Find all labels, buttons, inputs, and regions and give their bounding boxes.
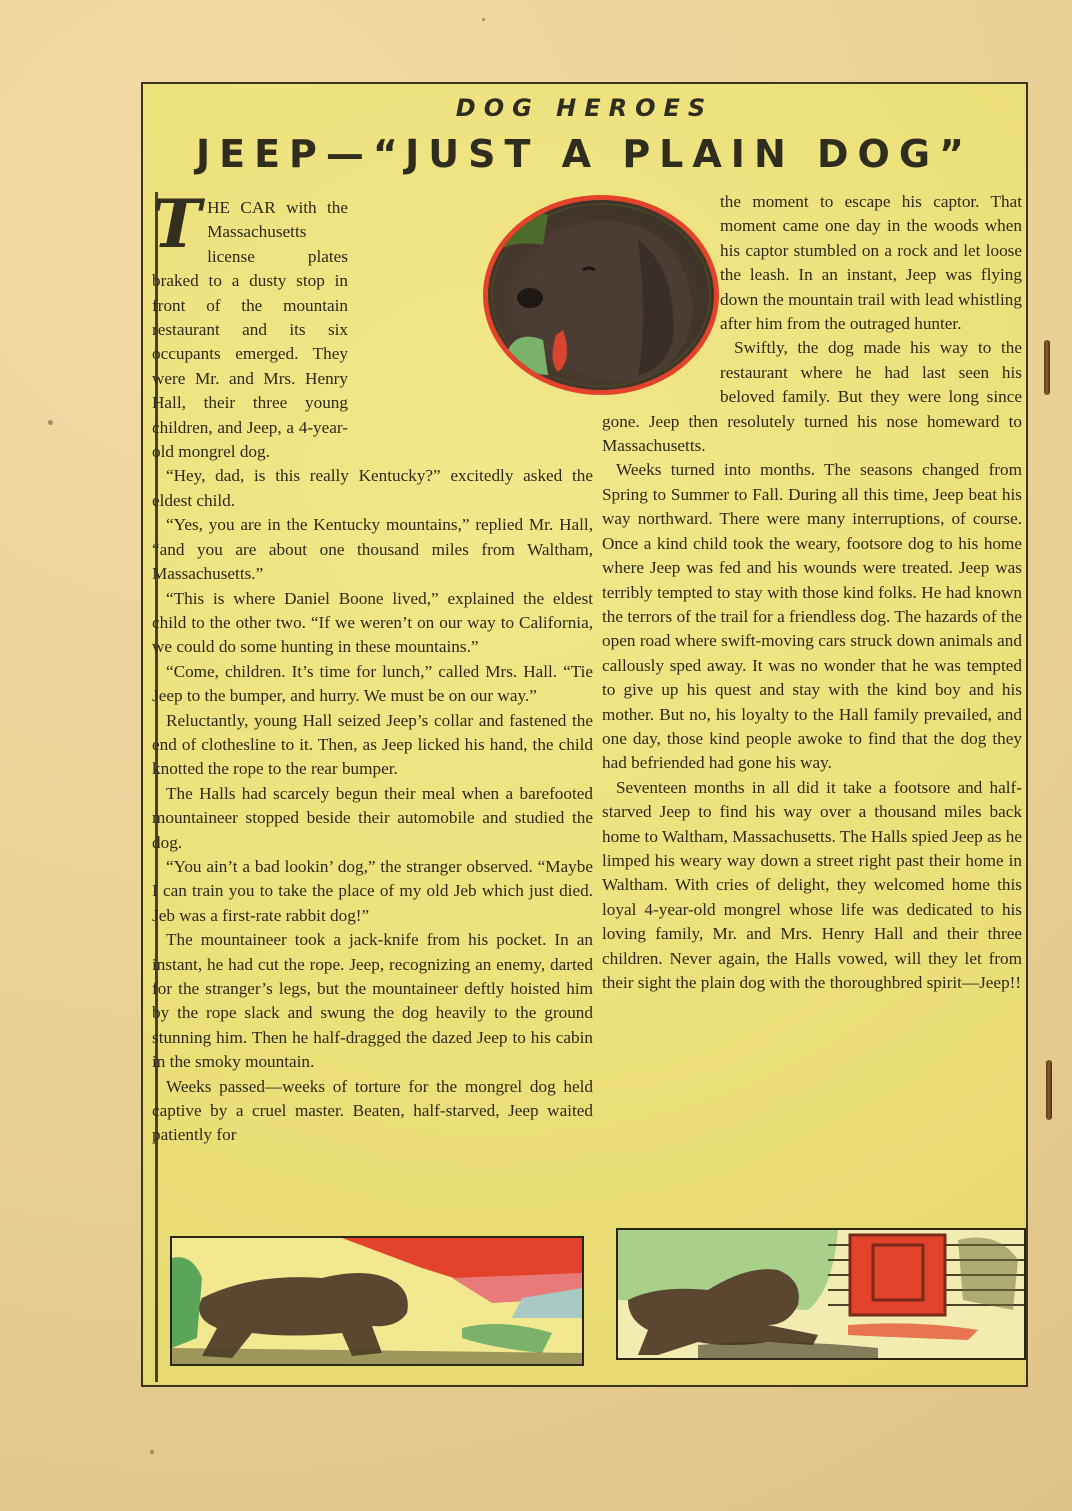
medallion-wrap-space <box>602 190 720 390</box>
medallion-wrap-space <box>348 196 593 426</box>
paragraph: “Hey, dad, is this really Kentucky?” exc… <box>152 464 593 513</box>
paragraph: “Yes, you are in the Kentucky mountains,… <box>152 513 593 586</box>
paragraph: Weeks turned into months. The seasons ch… <box>602 458 1022 775</box>
drop-cap: T <box>152 198 201 250</box>
paper-speck <box>48 420 53 425</box>
paragraph: The Halls had scarcely begun their meal … <box>152 782 593 855</box>
paper-speck <box>150 1450 154 1454</box>
paragraph: “This is where Daniel Boone lived,” expl… <box>152 587 593 660</box>
paragraph: Reluctantly, young Hall seized Jeep’s co… <box>152 709 593 782</box>
staple-icon <box>1046 1060 1052 1120</box>
illustration-dog-running-home <box>616 1228 1026 1360</box>
paragraph: “Come, children. It’s time for lunch,” c… <box>152 660 593 709</box>
series-heading: DOG HEROES <box>143 94 1026 122</box>
illustration-dog-running-trail <box>170 1236 584 1366</box>
paragraph: The mountaineer took a jack-knife from h… <box>152 928 593 1074</box>
story-title: JEEP—“JUST A PLAIN DOG” <box>143 132 1026 176</box>
right-text-column: the moment to escape his captor. That mo… <box>602 190 1022 995</box>
left-text-column: THE CAR with the Massachusetts license p… <box>152 196 593 1148</box>
paragraph: Seventeen months in all did it take a fo… <box>602 776 1022 996</box>
paper-speck <box>482 18 485 21</box>
paragraph: Weeks passed—weeks of torture for the mo… <box>152 1075 593 1148</box>
staple-icon <box>1044 340 1050 395</box>
dog-running-home-icon <box>618 1230 1024 1358</box>
paragraph: “You ain’t a bad lookin’ dog,” the stran… <box>152 855 593 928</box>
dog-running-mountain-icon <box>172 1238 582 1364</box>
